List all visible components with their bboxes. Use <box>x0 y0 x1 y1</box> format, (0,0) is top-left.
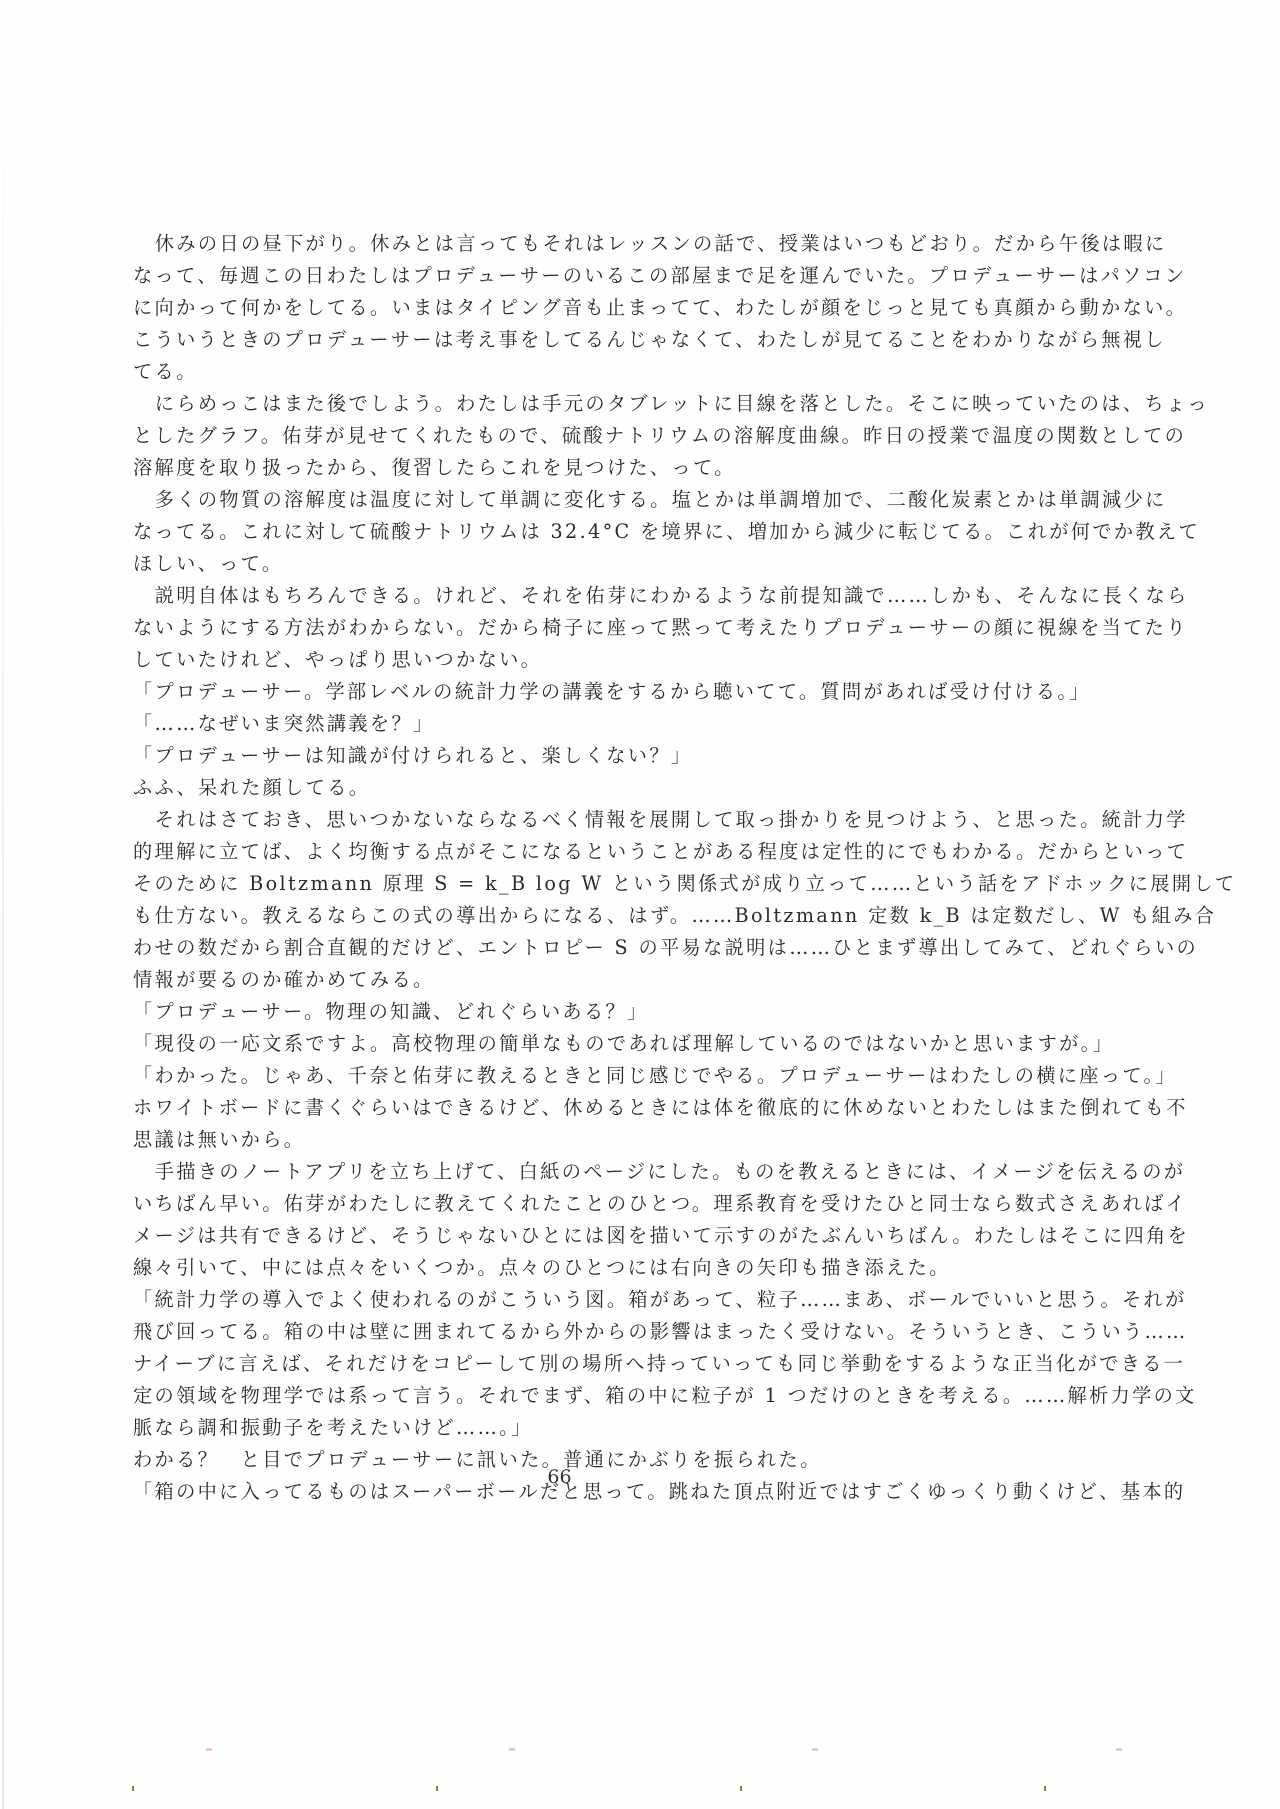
dialogue-line: ナイーブに言えば、それだけをコピーして別の場所へ持っていっても同じ挙動をするよう… <box>133 1348 983 1380</box>
scan-mark <box>1044 1786 1046 1791</box>
text-line: てる。 <box>133 356 983 388</box>
text-line: していたけれど、やっぱり思いつかない。 <box>133 644 983 676</box>
text-line: 線々引いて、中には点々をいくつか。点々のひとつには右向きの矢印も描き添えた。 <box>133 1252 983 1284</box>
dialogue-line: 「わかった。じゃあ、千奈と佑芽に教えるときと同じ感じでやる。プロデューサーはわた… <box>133 1060 983 1092</box>
scan-mark <box>1116 1748 1122 1751</box>
text-line: 説明自体はもちろんできる。けれど、それを佑芽にわかるような前提知識で……しかも、… <box>133 580 983 612</box>
text-line-with-formula: も仕方ない。教えるならこの式の導出からになる、はず。……Boltzmann 定数… <box>133 900 983 932</box>
text-line: に向かって何かをしてる。いまはタイピング音も止まってて、わたしが顔をじっと見ても… <box>133 292 983 324</box>
dialogue-line: 「プロデューサー。物理の知識、どれぐらいある？」 <box>133 996 983 1028</box>
dialogue-line: 「プロデューサー。学部レベルの統計力学の講義をするから聴いてて。質問があれば受け… <box>133 676 983 708</box>
dialogue-line: 「統計力学の導入でよく使われるのがこういう図。箱があって、粒子……まあ、ボールで… <box>133 1284 983 1316</box>
text-line: 溶解度を取り扱ったから、復習したらこれを見つけた、って。 <box>133 452 983 484</box>
text-line-with-formula: そのために Boltzmann 原理 S = k_B log W という関係式が… <box>133 868 983 900</box>
body-text: 休みの日の昼下がり。休みとは言ってもそれはレッスンの話で、授業はいつもどおり。だ… <box>133 228 983 1508</box>
scan-mark <box>740 1786 742 1791</box>
scan-mark <box>132 1786 134 1791</box>
text-line: にらめっこはまた後でしよう。わたしは手元のタブレットに目線を落とした。そこに映っ… <box>133 388 983 420</box>
page-edge-shadow <box>2 0 4 1809</box>
text-line: としたグラフ。佑芽が見せてくれたもので、硫酸ナトリウムの溶解度曲線。昨日の授業で… <box>133 420 983 452</box>
text-line: ホワイトボードに書くぐらいはできるけど、休めるときには体を徹底的に休めないとわた… <box>133 1092 983 1124</box>
dialogue-line: 「プロデューサーは知識が付けられると、楽しくない？」 <box>133 740 983 772</box>
text-line: 多くの物質の溶解度は温度に対して単調に変化する。塩とかは単調増加で、二酸化炭素と… <box>133 484 983 516</box>
text-line: いちばん早い。佑芽がわたしに教えてくれたことのひとつ。理系教育を受けたひと同士な… <box>133 1188 983 1220</box>
text-line: 的理解に立てば、よく均衡する点がそこになるということがある程度は定性的にでもわか… <box>133 836 983 868</box>
scan-mark <box>206 1748 212 1751</box>
text-line: わせの数だから割合直観的だけど、エントロピー S の平易な説明は……ひとまず導出… <box>133 932 983 964</box>
text-line: ほしい、って。 <box>133 548 983 580</box>
text-line: こういうときのプロデューサーは考え事をしてるんじゃなくて、わたしが見てることをわ… <box>133 324 983 356</box>
page-number: 66 <box>0 1466 1119 1488</box>
text-line: それはさておき、思いつかないならなるべく情報を展開して取っ掛かりを見つけよう、と… <box>133 804 983 836</box>
scanned-page: 休みの日の昼下がり。休みとは言ってもそれはレッスンの話で、授業はいつもどおり。だ… <box>0 0 1280 1809</box>
text-line: ないようにする方法がわからない。だから椅子に座って黙って考えたりプロデューサーの… <box>133 612 983 644</box>
dialogue-line: 飛び回ってる。箱の中は壁に囲まれてるから外からの影響はまったく受けない。そういう… <box>133 1316 983 1348</box>
scan-mark <box>812 1748 818 1751</box>
text-line: 手描きのノートアプリを立ち上げて、白紙のページにした。ものを教えるときには、イメ… <box>133 1156 983 1188</box>
text-line: 情報が要るのか確かめてみる。 <box>133 964 983 996</box>
dialogue-line: 脈なら調和振動子を考えたいけど……。」 <box>133 1412 983 1444</box>
dialogue-line: 定の領域を物理学では系って言う。それでまず、箱の中に粒子が 1 つだけのときを考… <box>133 1380 983 1412</box>
scan-mark <box>436 1786 438 1791</box>
text-line: なってる。これに対して硫酸ナトリウムは 32.4°C を境界に、増加から減少に転… <box>133 516 983 548</box>
dialogue-line: 「……なぜいま突然講義を？」 <box>133 708 983 740</box>
text-line: メージは共有できるけど、そうじゃないひとには図を描いて示すのがたぶんいちばん。わ… <box>133 1220 983 1252</box>
text-line: 思議は無いから。 <box>133 1124 983 1156</box>
scan-mark <box>509 1748 515 1751</box>
text-line: ふふ、呆れた顔してる。 <box>133 772 983 804</box>
text-line: 休みの日の昼下がり。休みとは言ってもそれはレッスンの話で、授業はいつもどおり。だ… <box>133 228 983 260</box>
text-line: なって、毎週この日わたしはプロデューサーのいるこの部屋まで足を運んでいた。プロデ… <box>133 260 983 292</box>
dialogue-line: 「現役の一応文系ですよ。高校物理の簡単なものであれば理解しているのではないかと思… <box>133 1028 983 1060</box>
